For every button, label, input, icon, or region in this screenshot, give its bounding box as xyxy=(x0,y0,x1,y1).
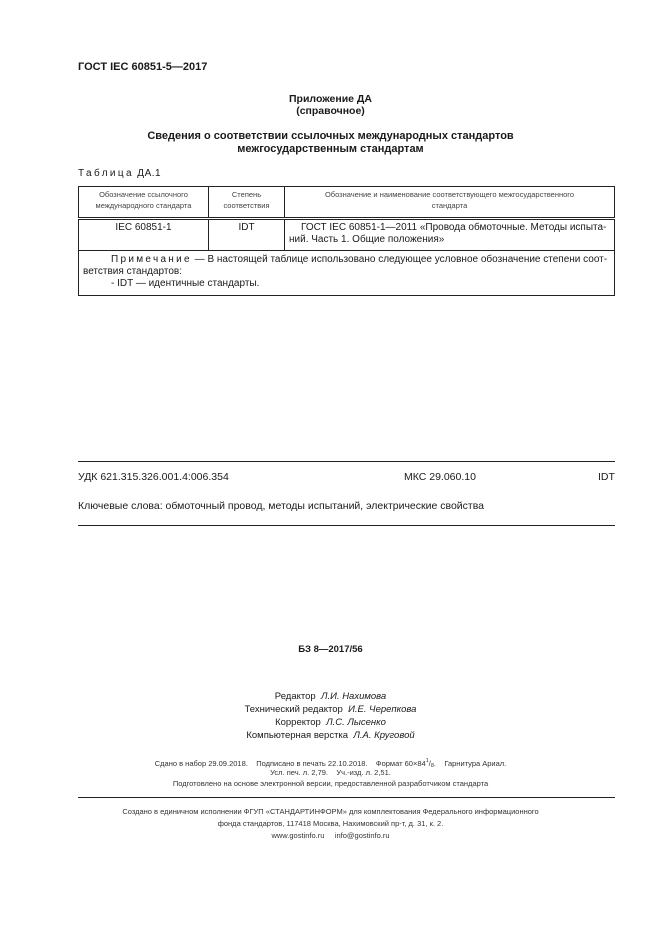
divider-bottom xyxy=(78,525,615,526)
table-caption-word: Таблица xyxy=(78,168,134,179)
column-header-national-standard: Обозначение и наименование соответствующ… xyxy=(285,187,615,219)
document-id: ГОСТ IEC 60851-5—2017 xyxy=(78,61,207,73)
divider-footer xyxy=(78,797,615,798)
table-caption: Таблица ДА.1 xyxy=(78,168,161,179)
bz-number: БЗ 8—2017/56 xyxy=(0,644,661,655)
divider-top xyxy=(78,461,615,462)
annex-subtitle: (справочное) xyxy=(0,105,661,117)
cell-national-standard: ГОСТ IEC 60851-1—2011 «Провода обмоточны… xyxy=(285,219,615,251)
annex-heading-line2: межгосударственным стандартам xyxy=(0,143,661,155)
footer-line2: фонда стандартов, 117418 Москва, Нахимов… xyxy=(0,818,661,830)
udk-code: УДК 621.315.326.001.4:006.354 xyxy=(78,471,229,483)
column-header-degree: Степень соответствия xyxy=(209,187,285,219)
staff-tech-editor: Технический редактор И.Е. Черепкова xyxy=(0,703,661,716)
website-link[interactable]: www.gostinfo.ru xyxy=(271,831,324,840)
keywords: Ключевые слова: обмоточный провод, метод… xyxy=(78,500,484,512)
print-info-prepared: Подготовлено на основе электронной верси… xyxy=(0,778,661,790)
staff-editor: Редактор Л.И. Нахимова xyxy=(0,690,661,703)
cell-ref-standard: IEC 60851-1 xyxy=(79,219,209,251)
correspondence-table: Обозначение ссылочного международного ст… xyxy=(78,186,615,296)
table-header-row: Обозначение ссылочного международного ст… xyxy=(79,187,615,219)
note-line2: ветствия стандартов: xyxy=(83,266,610,278)
note-line3: - IDT — идентичные стандарты. xyxy=(83,278,610,290)
footer-line1: Создано в единичном исполнении ФГУП «СТА… xyxy=(0,806,661,818)
table-row: IEC 60851-1 IDT ГОСТ IEC 60851-1—2011 «П… xyxy=(79,219,615,251)
table-note-row: Примечание — В настоящей таблице использ… xyxy=(79,251,615,296)
annex-heading-line1: Сведения о соответствии ссылочных междун… xyxy=(0,130,661,142)
table-caption-id: ДА.1 xyxy=(137,168,161,179)
column-header-ref-standard: Обозначение ссылочного международного ст… xyxy=(79,187,209,219)
staff-layout: Компьютерная верстка Л.А. Круговой xyxy=(0,729,661,742)
table-note: Примечание — В настоящей таблице использ… xyxy=(79,251,615,296)
staff-proofreader: Корректор Л.С. Лысенко xyxy=(0,716,661,729)
note-line1: — В настоящей таблице использовано следу… xyxy=(192,254,607,265)
note-lead: Примечание xyxy=(111,254,192,265)
footer-contacts: www.gostinfo.ru info@gostinfo.ru xyxy=(0,830,661,842)
annex-title: Приложение ДА xyxy=(0,93,661,105)
mks-code: МКС 29.060.10 xyxy=(404,471,476,483)
degree-code: IDT xyxy=(598,471,615,483)
email-link[interactable]: info@gostinfo.ru xyxy=(335,831,390,840)
cell-degree: IDT xyxy=(209,219,285,251)
